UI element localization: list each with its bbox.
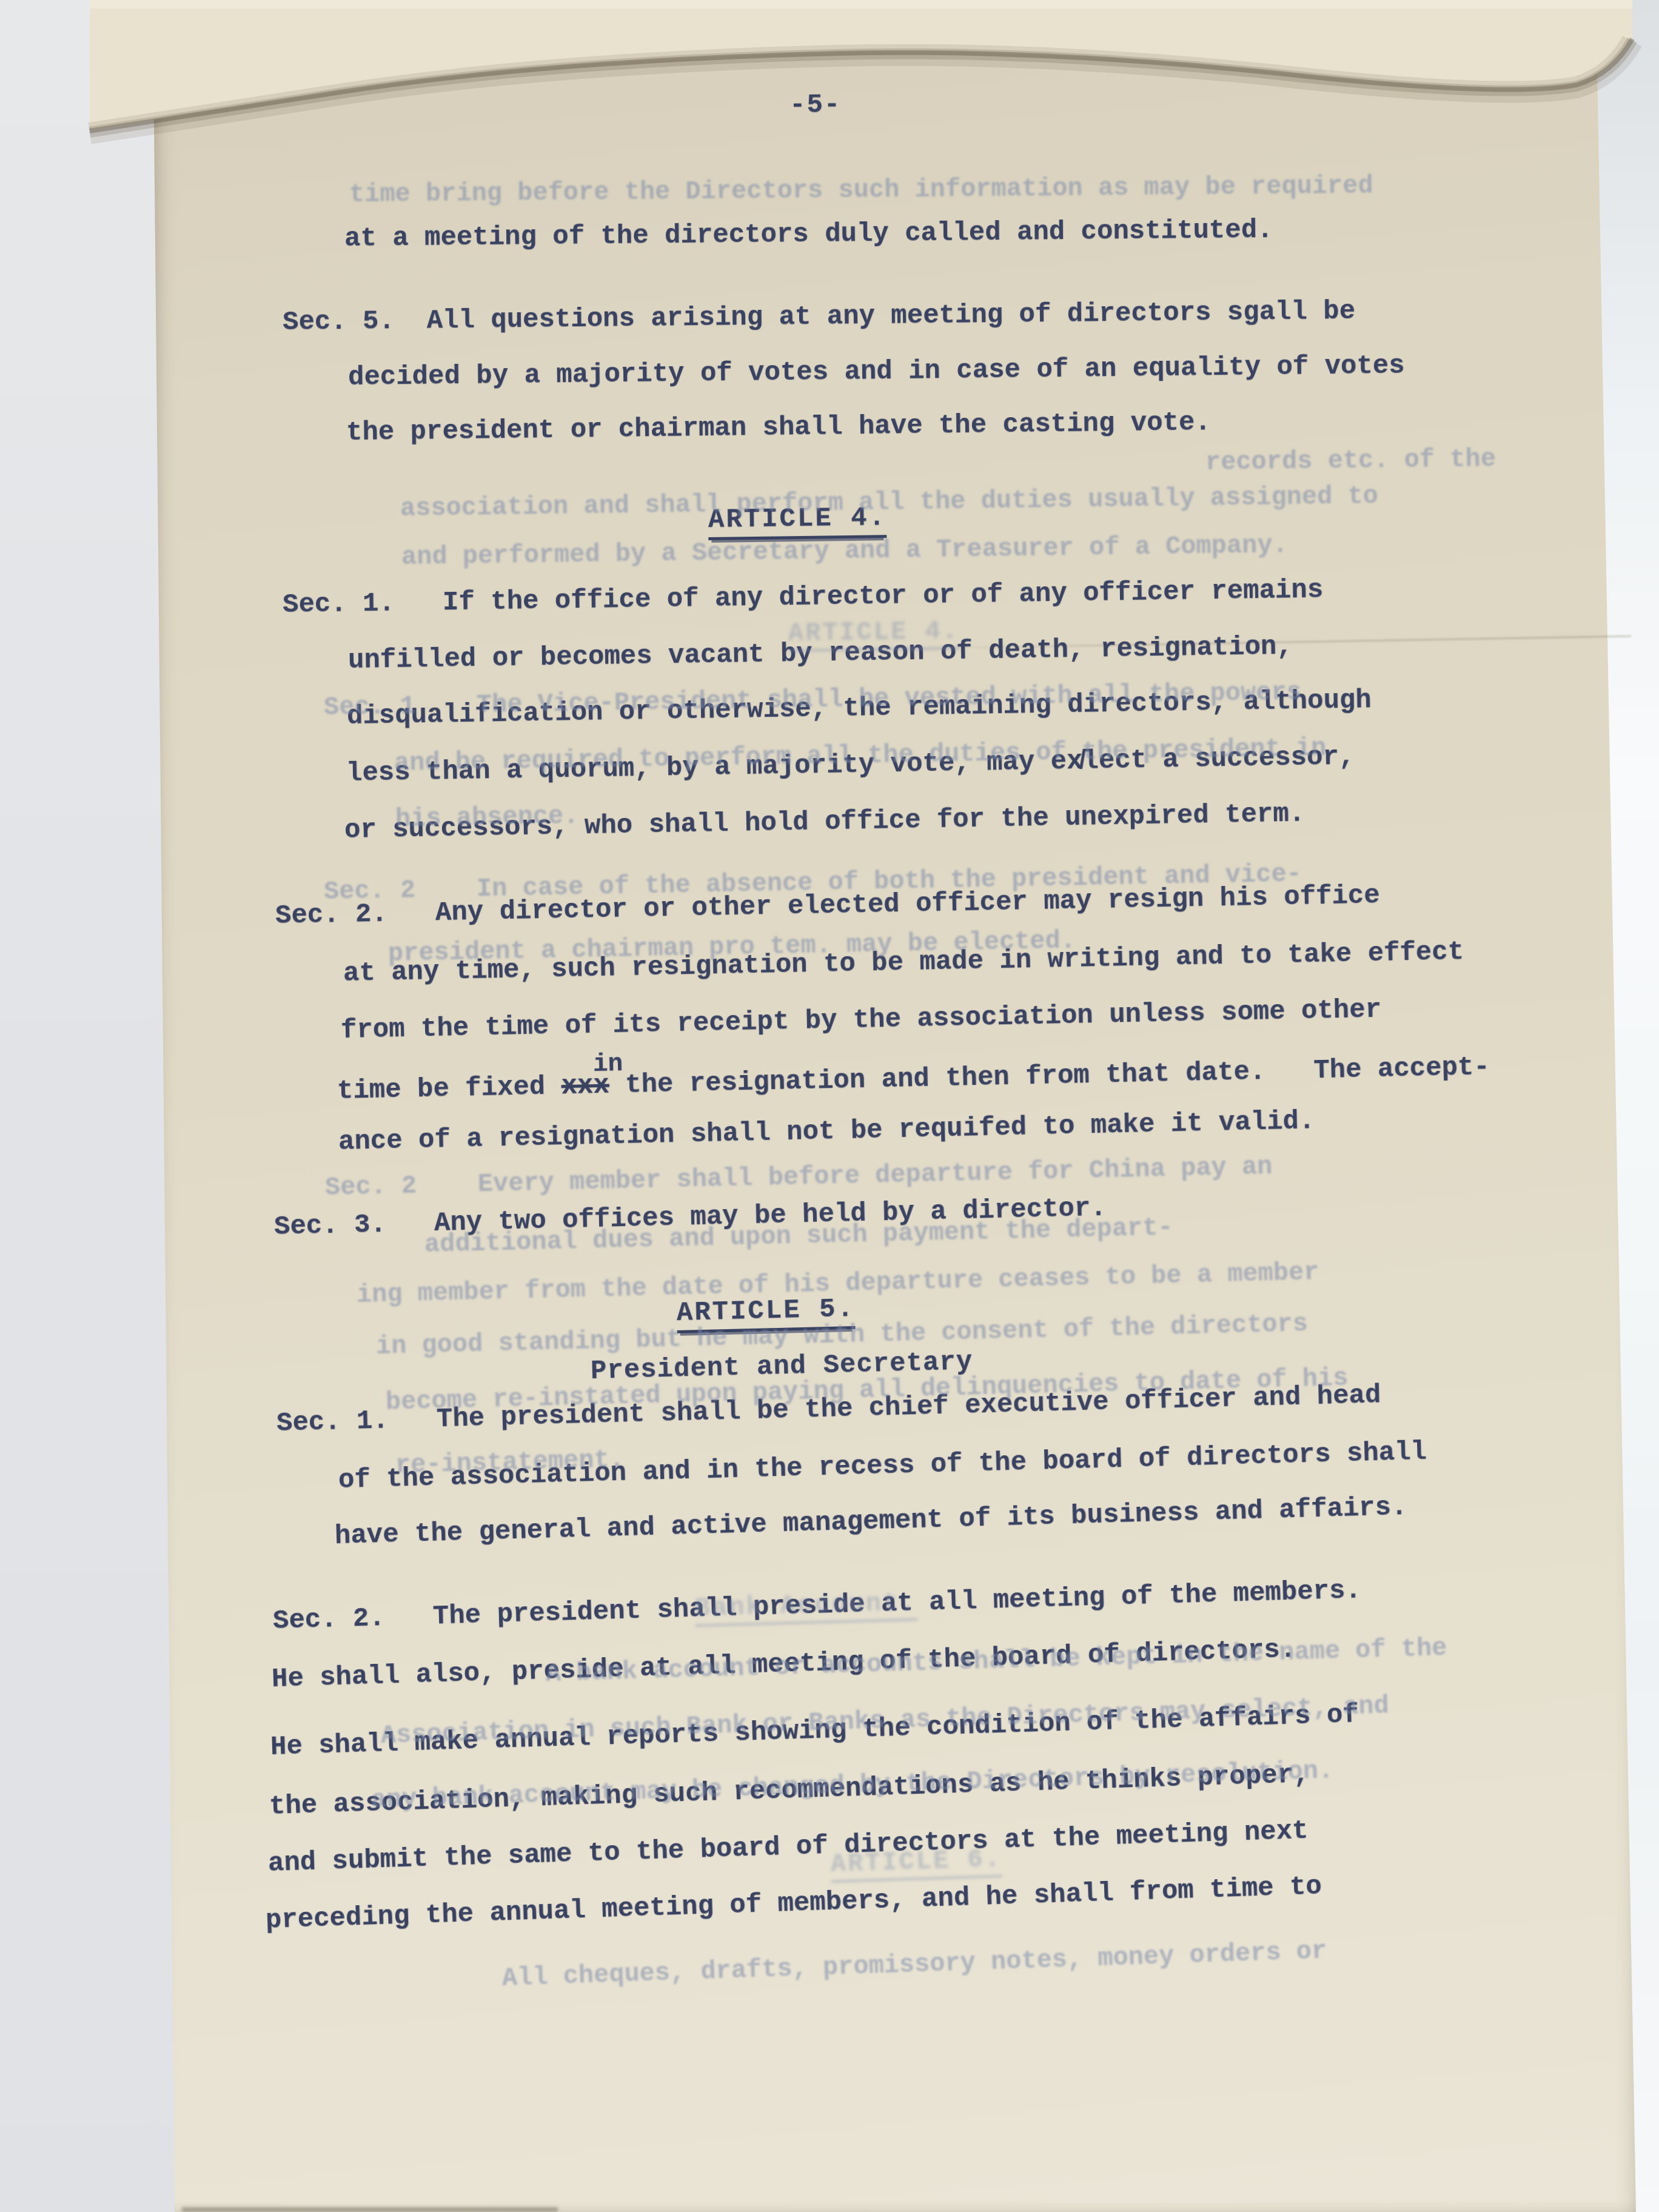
ghost-line: All cheques, drafts, promissory notes, m… bbox=[501, 1939, 1327, 1991]
ghost-line: and performed by a Secretary and a Treas… bbox=[401, 532, 1288, 570]
typed-line: Sec. 1. If the office of any director or… bbox=[283, 577, 1324, 618]
typed-line: have the general and active management o… bbox=[334, 1494, 1407, 1550]
ghost-heading: ARTICLE 6. bbox=[830, 1846, 1002, 1883]
ghost-line: his absence. bbox=[395, 803, 579, 832]
typed-line: time be fixed xxx the resignation and th… bbox=[337, 1054, 1490, 1105]
text-run: the resignation and then from that date.… bbox=[609, 1052, 1490, 1101]
photo-scene: -5-at a meeting of the directors duly ca… bbox=[0, 0, 1659, 2212]
typed-line: decided by a majority of votes and in ca… bbox=[348, 353, 1405, 391]
typed-text-layer: -5-at a meeting of the directors duly ca… bbox=[0, 0, 1659, 2212]
ghost-line: records etc. of the bbox=[1205, 446, 1496, 475]
typed-line: preceding the annual meeting of members,… bbox=[265, 1873, 1322, 1934]
ghost-line: any bank account may be changed by the D… bbox=[370, 1758, 1333, 1813]
ghost-heading: ARTICLE 4. bbox=[788, 618, 960, 652]
ghost-line: Sec. 2 Every member shall before departu… bbox=[325, 1154, 1273, 1201]
typed-line: ance of a resignation shall not be requi… bbox=[338, 1108, 1315, 1156]
typed-line: Sec. 5. All questions arising at any mee… bbox=[283, 298, 1355, 336]
text-run: time be fixed bbox=[337, 1071, 561, 1107]
typed-line: at a meeting of the directors duly calle… bbox=[344, 217, 1273, 252]
ghost-heading: Bank Account. bbox=[694, 1590, 917, 1627]
ghost-line: re-instatement. bbox=[395, 1447, 625, 1478]
typed-line: and submit the same to the board of dire… bbox=[267, 1818, 1309, 1877]
typed-line: from the time of its receipt by the asso… bbox=[341, 997, 1382, 1044]
struck-out-word: xxx bbox=[561, 1071, 609, 1102]
typed-line: the president or chairman shall have the… bbox=[346, 409, 1211, 446]
folded-sheet-top-highlight bbox=[90, 0, 1632, 8]
folded-page-top bbox=[0, 0, 1659, 182]
ghost-line: association and shall perform all the du… bbox=[400, 483, 1378, 521]
